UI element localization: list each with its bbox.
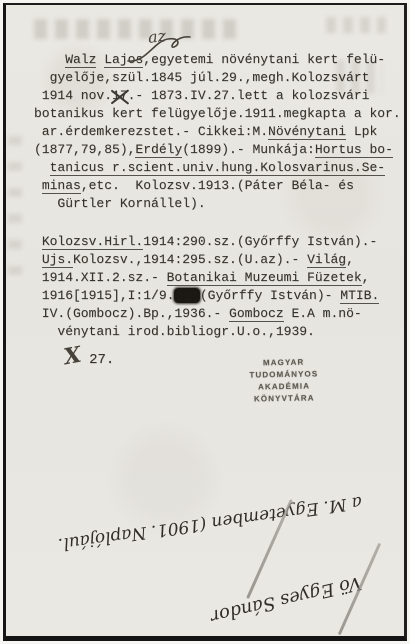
typed-line: 1914 nov.17.- 1873.IV.27.lett a kolozsvá… (34, 87, 410, 105)
typed-text: Ujs. (42, 252, 73, 268)
typed-text: Lpk (346, 124, 377, 139)
typed-text (34, 252, 42, 267)
typed-text: (1899).- Munkája: (182, 142, 315, 157)
typed-line: ar.érdemkerezstet.- Cikkei:M.Növénytani … (34, 123, 410, 141)
typed-line: vénytani irod.bibliogr.U.o.,1939. (34, 323, 410, 341)
typed-text: 1914 nov. (34, 88, 112, 103)
typed-text: ar.érdemkerezstet.- Cikkei:M. (34, 124, 268, 139)
typed-line: minas,etc. Kolozsv.1913.(Páter Béla- és (34, 177, 410, 195)
typed-line: tanicus r.scient.univ.hung.Kolosvarinus.… (34, 159, 410, 177)
typed-line: gyelője,szül.1845 júl.29.,megh.Kolozsvár… (34, 69, 410, 87)
typed-text: 1914.XII.2.sz.- (34, 270, 167, 285)
typed-line: 1916[1915],I:1/9.sz.(Győrffy István)- MT… (34, 287, 410, 305)
typed-text: gyelője,szül.1845 júl.29.,megh.Kolozsvár… (34, 70, 369, 85)
typed-text: minas (42, 178, 81, 194)
typed-text: MTIB. (340, 288, 379, 304)
handwritten-insertion-az: az (147, 26, 167, 47)
typed-text (34, 52, 65, 67)
typed-text: Növénytani (268, 124, 346, 140)
typed-line: Walz Lajos,egyetemi növénytani kert felü… (34, 51, 410, 69)
typed-paragraph-bibliography: Kolozsv.Hirl.1914:290.sz.(Győrffy István… (34, 233, 410, 341)
inked-out-text: sz. (174, 288, 199, 303)
typed-paragraph-biography: Walz Lajos,egyetemi növénytani kert felü… (34, 51, 410, 213)
crossed-out-text: 17 (112, 87, 128, 105)
typed-text: IV.(Gombocz).Bp.,1936.- (34, 306, 229, 321)
typed-text: Világ (307, 252, 346, 268)
insertion-swash-stroke (124, 31, 214, 65)
library-stamp: MAGYAR TUDOMÁNYOS AKADÉMIA KÖNYVTÁRA (224, 356, 345, 406)
handwritten-signature-upside-down: Vö Egyes Sándor (196, 569, 376, 630)
typed-text: Erdély (135, 142, 182, 158)
shelf-mark: X27. (64, 343, 114, 369)
handwritten-note-upside-down: a M. Egyetemben (1901. Naplójául. (15, 486, 406, 560)
typed-text: , (346, 252, 354, 267)
handwritten-x-mark: X (62, 342, 83, 371)
ghost-text-smudge (8, 125, 22, 275)
typed-text (34, 160, 50, 175)
typed-line: botanikus kert felügyelője.1911.megkapta… (34, 105, 410, 123)
typed-text: E.A m.nö- (284, 306, 362, 321)
typed-text: .- 1873.IV.27.lett a kolozsvári (128, 88, 370, 103)
typed-text: vénytani irod.bibliogr.U.o.,1939. (34, 324, 315, 339)
typed-text: ,etc. Kolozsv.1913.(Páter Béla- és (81, 178, 354, 193)
typed-line: 1914.XII.2.sz.- Botanikai Muzeumi Füzete… (34, 269, 410, 287)
stamp-line: KÖNYVTÁRA (224, 392, 344, 406)
typed-text (34, 234, 42, 249)
typed-text: (Győrffy István)- (200, 288, 340, 303)
typed-text: tanicus r.scient.univ.hung.Kolosvarinus.… (50, 160, 385, 176)
ghost-text-smudge (326, 17, 386, 33)
typed-text (34, 178, 42, 193)
typed-text: Hortus bo- (315, 142, 393, 158)
typed-text: Gombocz (229, 306, 284, 322)
typed-text: Kolozsv.,1914:295.sz.(U.az).- (73, 252, 307, 267)
typed-text: Kolozsv.Hirl. (42, 234, 143, 250)
typed-text: Botanikai Muzeumi Füzetek (167, 270, 362, 286)
typed-line: (1877,79,85),Erdély(1899).- Munkája:Hort… (34, 141, 410, 159)
typed-line: Gürtler Kornállel). (34, 195, 410, 213)
typed-line: Ujs.Kolozsv.,1914:295.sz.(U.az).- Világ, (34, 251, 410, 269)
typed-line: IV.(Gombocz).Bp.,1936.- Gombocz E.A m.nö… (34, 305, 410, 323)
typed-text: Walz (65, 52, 96, 68)
typed-text: 1914:290.sz.(Győrffy István).- (143, 234, 377, 249)
catalog-card-photo: { "card": { "paragraphs": [ { "name": "b… (0, 0, 410, 644)
stamp-line: TUDOMÁNYOS AKADÉMIA (224, 368, 344, 394)
typed-text: botanikus kert felügyelője.1911.megkapta… (34, 106, 401, 121)
typed-text: (1877,79,85), (34, 142, 135, 157)
typed-line: Kolozsv.Hirl.1914:290.sz.(Győrffy István… (34, 233, 410, 251)
card-paper: az Walz Lajos,egyetemi növénytani kert f… (6, 5, 404, 636)
typed-text: Gürtler Kornállel). (34, 196, 206, 211)
typed-text: , (362, 270, 370, 285)
typed-text: 1916[1915],I:1/9. (34, 288, 174, 303)
shelf-number: 27. (89, 352, 114, 368)
